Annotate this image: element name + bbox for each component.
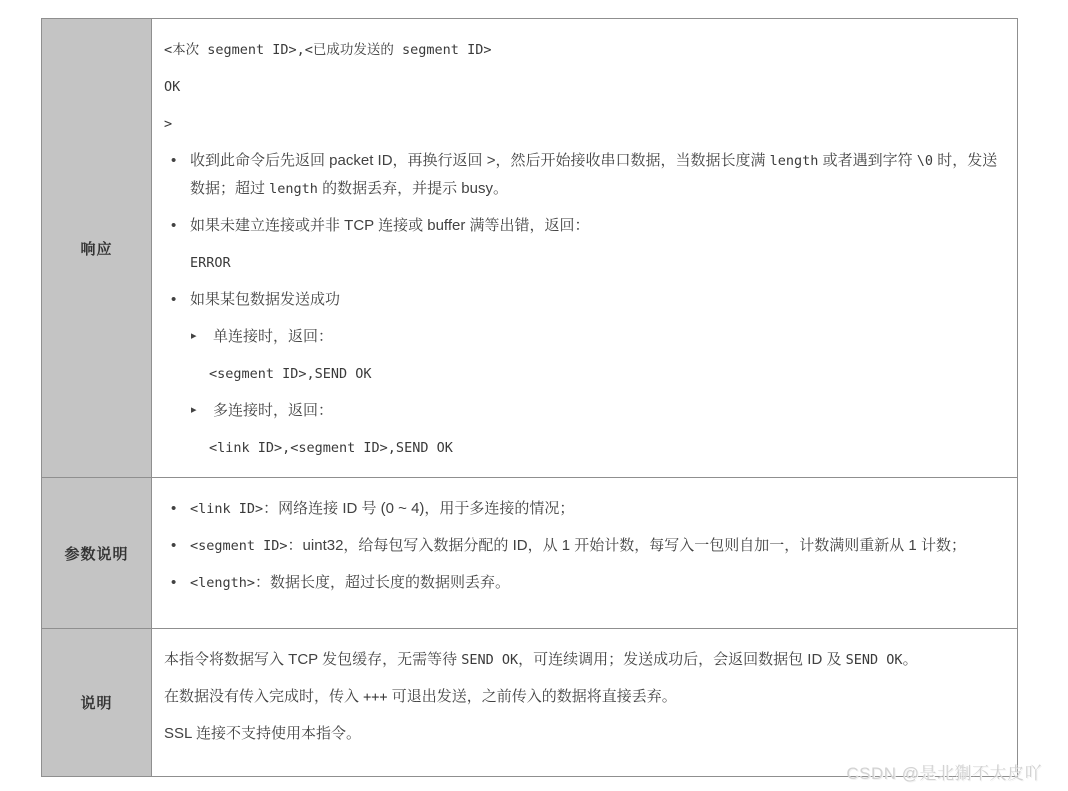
row-content: •<link ID>：网络连接 ID 号 (0 ~ 4)，用于多连接的情况；•<… [152, 478, 1018, 629]
text-run: ：数据长度，超过长度的数据则丢弃。 [255, 574, 510, 591]
code-line: <segment ID>,SEND OK [209, 360, 999, 388]
text-run: 单连接时，返回： [213, 328, 333, 345]
bullet-item: •<segment ID>：uint32，给每包写入数据分配的 ID，从 1 开… [164, 532, 999, 560]
paragraph: SSL 连接不支持使用本指令。 [164, 720, 999, 748]
text-run: 可退出发送，之前传入的数据将直接丢弃。 [388, 688, 677, 705]
bullet-icon: • [171, 532, 176, 560]
table-row: 响应<本次 segment ID>,<已成功发送的 segment ID>OK>… [42, 19, 1018, 478]
spec-table-body: 响应<本次 segment ID>,<已成功发送的 segment ID>OK>… [42, 19, 1018, 777]
text-run: ：网络连接 ID 号 (0 ~ 4)，用于多连接的情况； [263, 500, 574, 517]
text-run: 收到此命令后先返回 packet ID，再换行返回 >，然后开始接收串口数据，当… [190, 152, 770, 169]
table-row: 说明本指令将数据写入 TCP 发包缓存，无需等待 SEND OK，可连续调用；发… [42, 629, 1018, 777]
inline-code: SEND OK [846, 652, 903, 668]
bullet-icon: • [171, 286, 176, 314]
row-header: 说明 [42, 629, 152, 777]
text-run: 本指令将数据写入 TCP 发包缓存，无需等待 [164, 651, 461, 668]
inline-code: <segment ID> [190, 538, 288, 554]
inline-code: <link ID> [190, 501, 263, 517]
inline-code: <本次 segment ID>,<已成功发送的 segment ID> [164, 42, 491, 58]
inline-code: <length> [190, 575, 255, 591]
text-run: 。 [903, 651, 918, 668]
csdn-watermark: CSDN @是北猘不太皮吖 [846, 759, 1042, 784]
row-header: 参数说明 [42, 478, 152, 629]
text-run: ：uint32，给每包写入数据分配的 ID，从 1 开始计数，每写入一包则自加一… [288, 537, 966, 554]
bullet-icon: • [171, 147, 176, 175]
bullet-icon: • [171, 569, 176, 597]
bullet-icon: • [171, 212, 176, 240]
inline-code: OK [164, 79, 180, 95]
row-content: <本次 segment ID>,<已成功发送的 segment ID>OK>•收… [152, 19, 1018, 478]
bullet-icon: • [171, 495, 176, 523]
inline-code: length [770, 153, 819, 169]
code-line: > [164, 110, 999, 138]
bullet-item: •<link ID>：网络连接 ID 号 (0 ~ 4)，用于多连接的情况； [164, 495, 999, 523]
code-line: OK [164, 73, 999, 101]
sub-bullet-item: ▸单连接时，返回： [164, 323, 999, 351]
bullet-item: •<length>：数据长度，超过长度的数据则丢弃。 [164, 569, 999, 597]
text-run: SSL 连接不支持使用本指令。 [164, 725, 361, 742]
paragraph: 在数据没有传入完成时，传入 +++ 可退出发送，之前传入的数据将直接丢弃。 [164, 683, 999, 711]
inline-code: <segment ID>,SEND OK [209, 366, 372, 382]
page: 响应<本次 segment ID>,<已成功发送的 segment ID>OK>… [0, 0, 1068, 791]
triangle-icon: ▸ [191, 322, 197, 350]
row-header: 响应 [42, 19, 152, 478]
text-run: 或者遇到字符 [818, 152, 916, 169]
code-line: ERROR [190, 249, 999, 277]
paragraph: 本指令将数据写入 TCP 发包缓存，无需等待 SEND OK，可连续调用；发送成… [164, 646, 999, 674]
bullet-item: •如果某包数据发送成功 [164, 286, 999, 314]
text-run: 的数据丢弃，并提示 busy。 [318, 180, 508, 197]
text-run: ，可连续调用；发送成功后，会返回数据包 ID 及 [518, 651, 846, 668]
text-run: 多连接时，返回： [213, 402, 333, 419]
sub-bullet-item: ▸多连接时，返回： [164, 397, 999, 425]
text-run: 在数据没有传入完成时，传入 [164, 688, 363, 705]
inline-code: +++ [363, 689, 387, 705]
row-content: 本指令将数据写入 TCP 发包缓存，无需等待 SEND OK，可连续调用；发送成… [152, 629, 1018, 777]
inline-code: SEND OK [461, 652, 518, 668]
inline-code: \0 [917, 153, 933, 169]
code-line: <本次 segment ID>,<已成功发送的 segment ID> [164, 36, 999, 64]
inline-code: <link ID>,<segment ID>,SEND OK [209, 440, 453, 456]
inline-code: ERROR [190, 255, 231, 271]
text-run: 如果未建立连接或并非 TCP 连接或 buffer 满等出错，返回： [190, 217, 590, 234]
bullet-item: •如果未建立连接或并非 TCP 连接或 buffer 满等出错，返回： [164, 212, 999, 240]
text-run: 如果某包数据发送成功 [190, 291, 340, 308]
inline-code: > [164, 116, 172, 132]
triangle-icon: ▸ [191, 396, 197, 424]
inline-code: length [269, 181, 318, 197]
table-row: 参数说明•<link ID>：网络连接 ID 号 (0 ~ 4)，用于多连接的情… [42, 478, 1018, 629]
code-line: <link ID>,<segment ID>,SEND OK [209, 434, 999, 462]
command-spec-table: 响应<本次 segment ID>,<已成功发送的 segment ID>OK>… [41, 18, 1018, 777]
bullet-item: •收到此命令后先返回 packet ID，再换行返回 >，然后开始接收串口数据，… [164, 147, 999, 203]
